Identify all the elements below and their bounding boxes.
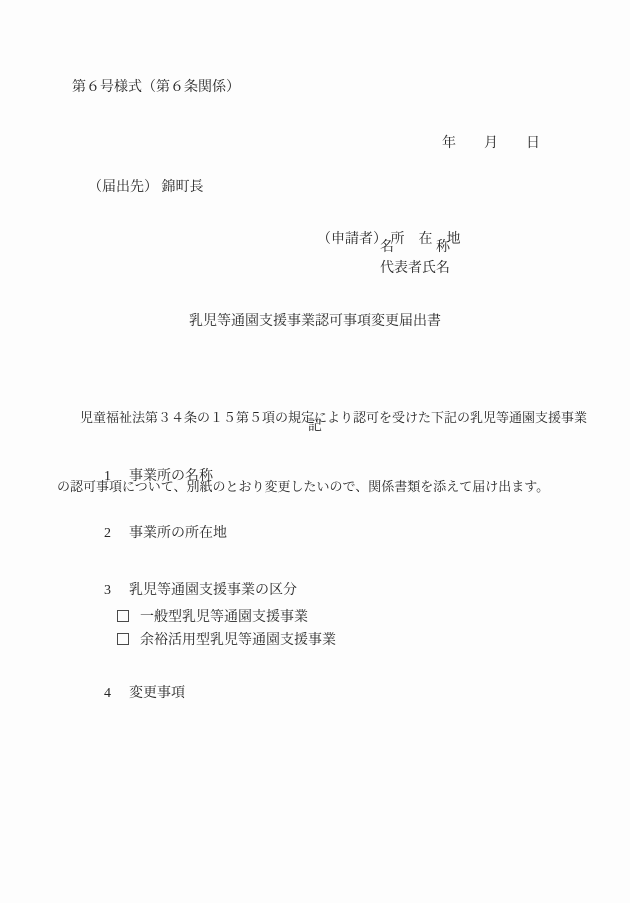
recipient-label: （届出先） 錦町長 [88,181,204,195]
applicant-label: （申請者） [317,232,387,247]
document-page: 第６号様式（第６条関係） 年 月 日 （届出先） 錦町長 （申請者） 所 在 地… [0,0,630,903]
item-number: 4 [104,687,129,701]
item-number: 1 [104,470,129,484]
form-number-label: 第６号様式（第６条関係） [72,81,240,95]
item-business-location: 2事業所の所在地 [90,513,227,555]
item-change-details: 4変更事項 [90,673,185,715]
item-number: 2 [104,527,129,541]
document-title: 乳児等通園支援事業認可事項変更届出書 [0,315,630,329]
section-heading-ki: 記 [0,420,630,434]
applicant-name-label: 名 称 [380,241,450,255]
option-surplus-type: 余裕活用型乳児等通園支援事業 [103,618,336,662]
item-business-name: 1事業所の名称 [90,456,213,498]
applicant-representative-label: 代表者氏名 [380,262,450,276]
item-label: 事業所の所在地 [129,526,227,541]
item-label: 事業所の名称 [129,469,213,484]
item-label: 変更事項 [129,686,185,701]
date-line: 年 月 日 [442,137,540,151]
checkbox-unchecked-icon[interactable] [117,633,129,645]
option-label: 余裕活用型乳児等通園支援事業 [140,634,336,648]
